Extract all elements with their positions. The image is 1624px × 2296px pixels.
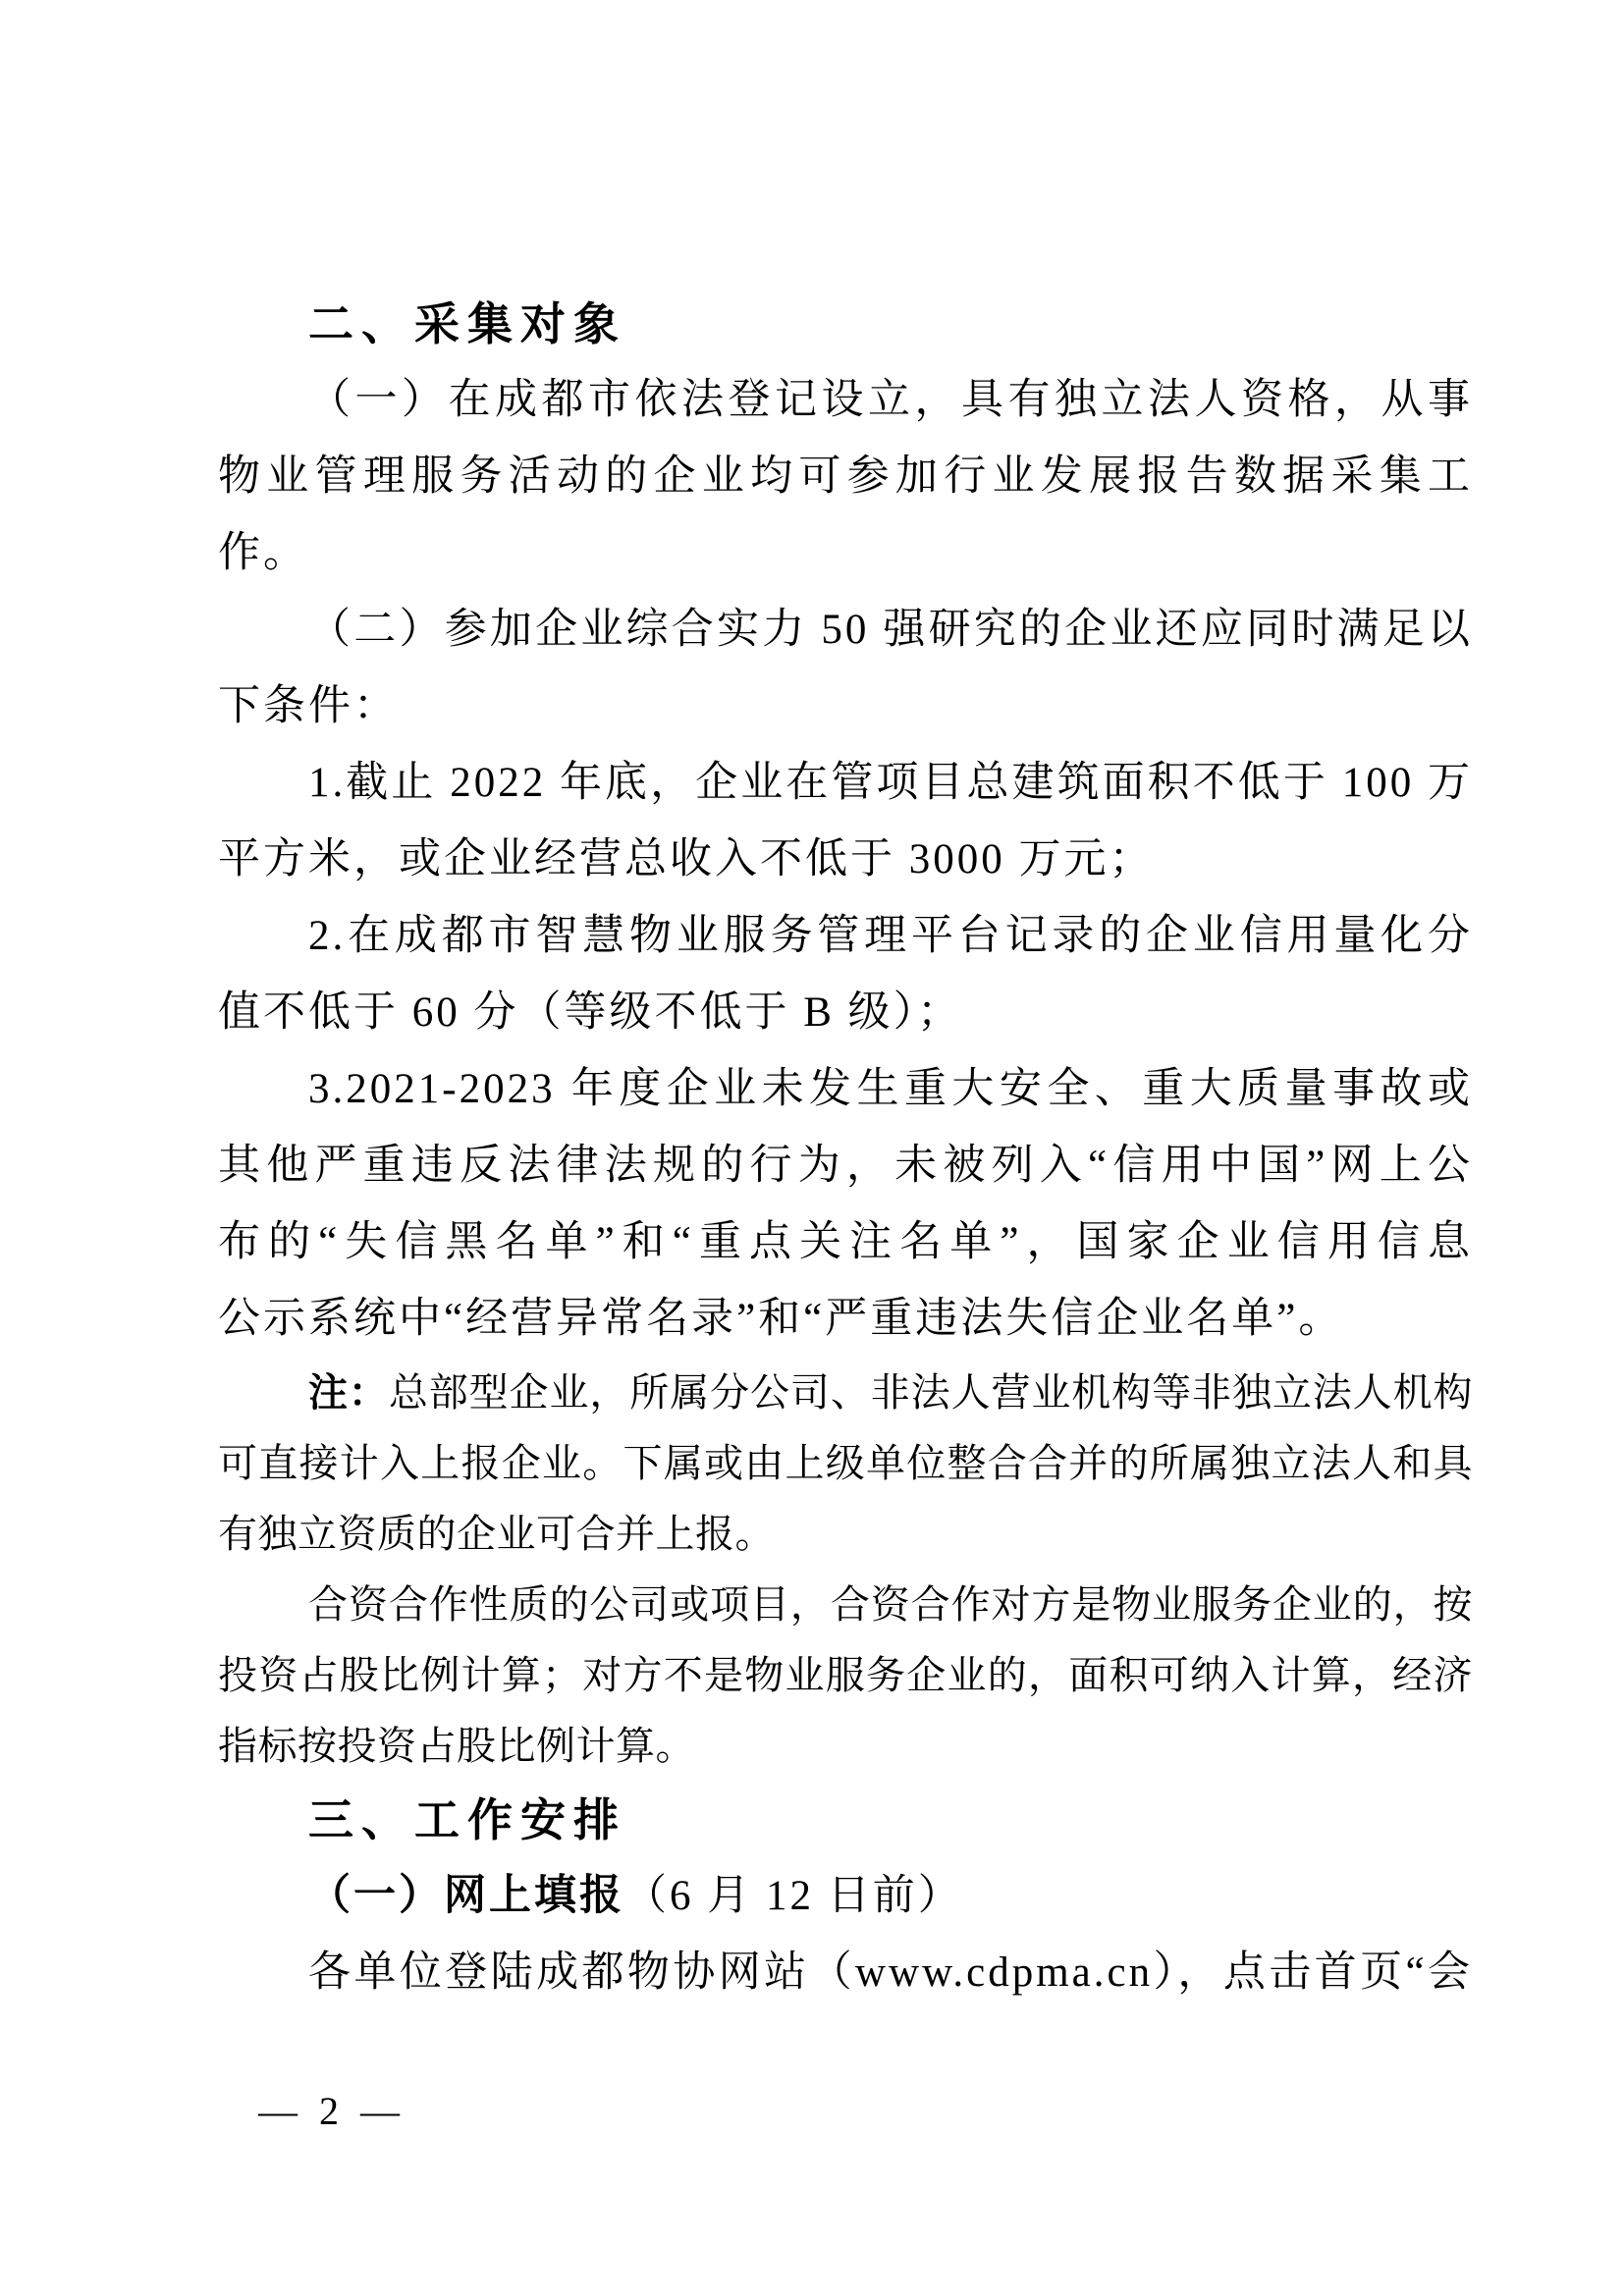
text-segment: 可直接计入上报企业。下属或由上级单位整合合并的所属独立法人和具 <box>218 1441 1473 1485</box>
text-segment: 物业管理服务活动的企业均可参加行业发展报告数据采集工 <box>218 454 1473 500</box>
section-heading: 二、采集对象 <box>218 286 1473 362</box>
text-line: 其他严重违反法律法规的行为，未被列入“信用中国”网上公 <box>218 1128 1473 1204</box>
text-segment: 指标按投资占股比例计算。 <box>218 1724 695 1768</box>
text-segment: （一）在成都市依法登记设立，具有独立法人资格，从事 <box>308 377 1473 423</box>
document-body: 二、采集对象（一）在成都市依法登记设立，具有独立法人资格，从事物业管理服务活动的… <box>218 286 1473 2011</box>
text-segment: 总部型企业，所属分公司、非法人营业机构等非独立法人机构 <box>389 1370 1473 1415</box>
note-line: 注：总部型企业，所属分公司、非法人营业机构等非独立法人机构 <box>218 1358 1473 1428</box>
text-segment: 3.2021-2023 年度企业未发生重大安全、重大质量事故或 <box>308 1066 1473 1112</box>
document-page: 二、采集对象（一）在成都市依法登记设立，具有独立法人资格，从事物业管理服务活动的… <box>0 0 1624 2296</box>
emphasis-text: 注： <box>308 1370 389 1415</box>
text-line: （一）网上填报（6 月 12 日前） <box>218 1858 1473 1935</box>
text-line: 下条件： <box>218 668 1473 745</box>
text-line: 3.2021-2023 年度企业未发生重大安全、重大质量事故或 <box>218 1051 1473 1128</box>
text-line: 作。 <box>218 515 1473 592</box>
text-segment: 布的“失信黑名单”和“重点关注名单”，国家企业信用信息 <box>218 1219 1473 1265</box>
text-segment: 平方米，或企业经营总收入不低于 3000 万元； <box>218 836 1155 882</box>
text-segment: 三、工作安排 <box>308 1794 626 1845</box>
text-segment: 二、采集对象 <box>308 298 626 349</box>
page-number: — 2 — <box>258 2087 400 2136</box>
text-line: 值不低于 60 分（等级不低于 B 级）； <box>218 975 1473 1051</box>
text-segment: 1.截止 2022 年底，企业在管项目总建筑面积不低于 100 万 <box>308 760 1473 806</box>
text-segment: 公示系统中“经营异常名录”和“严重违法失信企业名单”。 <box>218 1296 1343 1342</box>
text-line: 物业管理服务活动的企业均可参加行业发展报告数据采集工 <box>218 439 1473 515</box>
note-line: 可直接计入上报企业。下属或由上级单位整合合并的所属独立法人和具 <box>218 1428 1473 1499</box>
text-segment: （二）参加企业综合实力 50 强研究的企业还应同时满足以 <box>308 607 1473 653</box>
text-segment: 下条件： <box>218 683 399 729</box>
text-line: （二）参加企业综合实力 50 强研究的企业还应同时满足以 <box>218 592 1473 668</box>
text-line: 2.在成都市智慧物业服务管理平台记录的企业信用量化分 <box>218 898 1473 975</box>
text-segment: 其他严重违反法律法规的行为，未被列入“信用中国”网上公 <box>218 1143 1473 1189</box>
text-line: 各单位登陆成都物协网站（www.cdpma.cn），点击首页“会 <box>218 1935 1473 2011</box>
text-segment: 各单位登陆成都物协网站（www.cdpma.cn），点击首页“会 <box>308 1949 1473 1996</box>
note-line: 指标按投资占股比例计算。 <box>218 1711 1473 1782</box>
note-line: 合资合作性质的公司或项目，合资合作对方是物业服务企业的，按 <box>218 1570 1473 1640</box>
text-segment: 值不低于 60 分（等级不低于 B 级）； <box>218 989 962 1036</box>
text-segment: 2.在成都市智慧物业服务管理平台记录的企业信用量化分 <box>308 913 1473 959</box>
text-segment: （6 月 12 日前） <box>624 1873 963 1919</box>
text-segment: 作。 <box>218 530 308 576</box>
text-line: 布的“失信黑名单”和“重点关注名单”，国家企业信用信息 <box>218 1204 1473 1281</box>
text-line: 平方米，或企业经营总收入不低于 3000 万元； <box>218 822 1473 898</box>
text-line: 1.截止 2022 年底，企业在管项目总建筑面积不低于 100 万 <box>218 745 1473 822</box>
text-line: （一）在成都市依法登记设立，具有独立法人资格，从事 <box>218 362 1473 439</box>
emphasis-text: （一）网上填报 <box>308 1873 624 1919</box>
note-line: 投资占股比例计算；对方不是物业服务企业的，面积可纳入计算，经济 <box>218 1640 1473 1711</box>
text-segment: 有独立资质的企业可合并上报。 <box>218 1512 775 1556</box>
section-heading: 三、工作安排 <box>218 1782 1473 1858</box>
text-segment: 合资合作性质的公司或项目，合资合作对方是物业服务企业的，按 <box>308 1582 1473 1627</box>
text-line: 公示系统中“经营异常名录”和“严重违法失信企业名单”。 <box>218 1281 1473 1358</box>
note-line: 有独立资质的企业可合并上报。 <box>218 1499 1473 1570</box>
text-segment: 投资占股比例计算；对方不是物业服务企业的，面积可纳入计算，经济 <box>218 1653 1473 1697</box>
